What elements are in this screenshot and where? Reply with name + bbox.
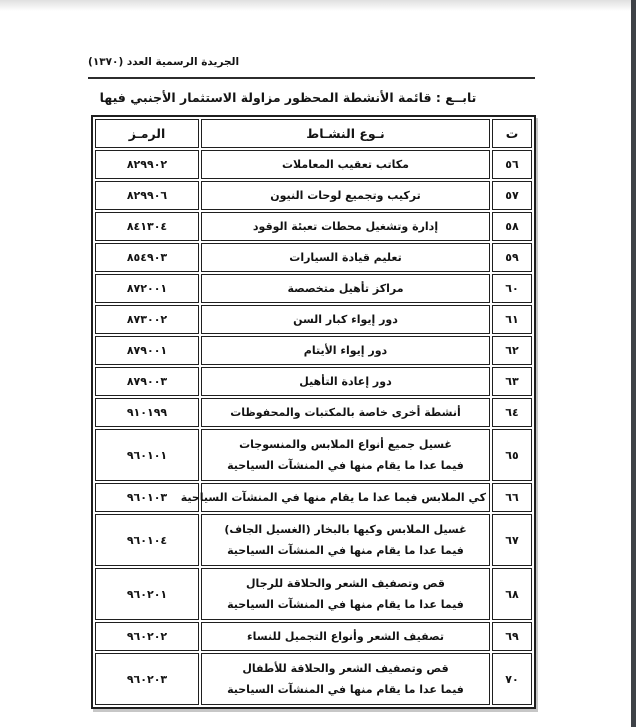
cell-activity: دور إيواء كبار السن [201,305,490,334]
cell-serial: ٥٨ [492,212,532,241]
table-row: ٦٥غسيل جميع أنواع الملابس والمنسوجاتفيما… [95,429,532,481]
cell-activity: مكاتب تعقيب المعاملات [201,150,490,179]
cell-serial: ٦٥ [492,429,532,481]
table-row: ٥٨إدارة وتشغيل محطات تعبئة الوقود٨٤١٣٠٤ [95,212,532,241]
cell-activity: دور إعادة التأهيل [201,367,490,396]
top-shadow-gradient [0,0,636,11]
cell-code: ٩٦٠١٠١ [95,429,199,481]
table-row: ٧٠قص وتصفيف الشعر والحلاقة للأطفالفيما ع… [95,653,532,705]
table-row: ٦٤أنشطة أخرى خاصة بالمكتبات والمحفوظات٩١… [95,398,532,427]
cell-serial: ٥٦ [492,150,532,179]
cell-code: ٨٧٣٠٠٢ [95,305,199,334]
cell-activity: أنشطة أخرى خاصة بالمكتبات والمحفوظات [201,398,490,427]
activity-line: تعليم قيادة السيارات [205,247,486,268]
gazette-header: الجريدة الرسمية العدد (١٣٧٠) [88,56,239,68]
table-row: ٦٩تصفيف الشعر وأنواع التجميل للنساء٩٦٠٢٠… [95,622,532,651]
document-page: الجريدة الرسمية العدد (١٣٧٠) تابــع : قا… [0,0,636,727]
cell-activity: دور إيواء الأيتام [201,336,490,365]
activity-line: غسيل الملابس وكيها بالبخار (الغسيل الجاف… [205,519,486,540]
cell-serial: ٦٦ [492,483,532,512]
cell-serial: ٦٤ [492,398,532,427]
activity-line: قص وتصفيف الشعر والحلاقة للأطفال [205,658,486,679]
table-row: ٥٩تعليم قيادة السيارات٨٥٤٩٠٣ [95,243,532,272]
activity-line: فيما عدا ما يقام منها في المنشآت السياحي… [205,594,486,615]
cell-serial: ٦٩ [492,622,532,651]
cell-serial: ٦١ [492,305,532,334]
table-row: ٦٧غسيل الملابس وكيها بالبخار (الغسيل الج… [95,514,532,566]
cell-activity: قص وتصفيف الشعر والحلاقة للأطفالفيما عدا… [201,653,490,705]
cell-activity: كي الملابس فيما عدا ما يقام منها في المن… [201,483,490,512]
activity-line: أنشطة أخرى خاصة بالمكتبات والمحفوظات [205,402,486,423]
activity-line: تركيب وتجميع لوحات النيون [205,185,486,206]
activity-line: فيما عدا ما يقام منها في المنشآت السياحي… [205,540,486,561]
cell-code: ٨٤١٣٠٤ [95,212,199,241]
cell-serial: ٦٣ [492,367,532,396]
table-row: ٦٦كي الملابس فيما عدا ما يقام منها في ال… [95,483,532,512]
cell-code: ٩١٠١٩٩ [95,398,199,427]
table-header-row: ت نـوع النشـاط الرمـز [95,119,532,148]
activity-line: دور إعادة التأهيل [205,371,486,392]
activity-line: دور إيواء الأيتام [205,340,486,361]
table-row: ٦٨قص وتصفيف الشعر والحلاقة للرجالفيما عد… [95,568,532,620]
table-row: ٦١دور إيواء كبار السن٨٧٣٠٠٢ [95,305,532,334]
cell-code: ٨٢٩٩٠٢ [95,150,199,179]
cell-activity: إدارة وتشغيل محطات تعبئة الوقود [201,212,490,241]
cell-serial: ٧٠ [492,653,532,705]
cell-code: ٨٧٢٠٠١ [95,274,199,303]
cell-activity: مراكز تأهيل متخصصة [201,274,490,303]
table-row: ٥٧تركيب وتجميع لوحات النيون٨٢٩٩٠٦ [95,181,532,210]
table-row: ٦٠مراكز تأهيل متخصصة٨٧٢٠٠١ [95,274,532,303]
activity-line: فيما عدا ما يقام منها في المنشآت السياحي… [205,679,486,700]
activity-line: مكاتب تعقيب المعاملات [205,154,486,175]
prohibited-activities-table: ت نـوع النشـاط الرمـز ٥٦مكاتب تعقيب المع… [91,115,536,709]
column-header-code: الرمـز [95,119,199,148]
cell-code: ٨٥٤٩٠٣ [95,243,199,272]
cell-serial: ٦٨ [492,568,532,620]
cell-activity: تصفيف الشعر وأنواع التجميل للنساء [201,622,490,651]
cell-code: ٨٧٩٠٠٣ [95,367,199,396]
activity-line: دور إيواء كبار السن [205,309,486,330]
cell-code: ٨٢٩٩٠٦ [95,181,199,210]
cell-activity: تعليم قيادة السيارات [201,243,490,272]
table-row: ٦٣دور إعادة التأهيل٨٧٩٠٠٣ [95,367,532,396]
cell-activity: قص وتصفيف الشعر والحلاقة للرجالفيما عدا … [201,568,490,620]
activity-line: قص وتصفيف الشعر والحلاقة للرجال [205,573,486,594]
activity-line: غسيل جميع أنواع الملابس والمنسوجات [205,434,486,455]
cell-serial: ٦٢ [492,336,532,365]
activity-line: تصفيف الشعر وأنواع التجميل للنساء [205,626,486,647]
cell-serial: ٥٧ [492,181,532,210]
cell-activity: غسيل جميع أنواع الملابس والمنسوجاتفيما ع… [201,429,490,481]
cell-activity: تركيب وتجميع لوحات النيون [201,181,490,210]
cell-serial: ٦٠ [492,274,532,303]
table-row: ٥٦مكاتب تعقيب المعاملات٨٢٩٩٠٢ [95,150,532,179]
cell-serial: ٦٧ [492,514,532,566]
cell-activity: غسيل الملابس وكيها بالبخار (الغسيل الجاف… [201,514,490,566]
activity-line: مراكز تأهيل متخصصة [205,278,486,299]
header-divider [88,77,535,79]
cell-code: ٩٦٠٢٠٣ [95,653,199,705]
cell-code: ٨٧٩٠٠١ [95,336,199,365]
cell-serial: ٥٩ [492,243,532,272]
page-title: تابــع : قائمة الأنشطة المحظور مزاولة ال… [88,90,488,105]
viewer-edge-strip [631,0,636,727]
activity-line: إدارة وتشغيل محطات تعبئة الوقود [205,216,486,237]
cell-code: ٩٦٠٢٠١ [95,568,199,620]
column-header-activity: نـوع النشـاط [201,119,490,148]
table-row: ٦٢دور إيواء الأيتام٨٧٩٠٠١ [95,336,532,365]
activities-table-body: ٥٦مكاتب تعقيب المعاملات٨٢٩٩٠٢٥٧تركيب وتج… [95,150,532,705]
activity-line: كي الملابس فيما عدا ما يقام منها في المن… [205,487,486,508]
cell-code: ٩٦٠١٠٤ [95,514,199,566]
column-header-serial: ت [492,119,532,148]
cell-code: ٩٦٠٢٠٢ [95,622,199,651]
activity-line: فيما عدا ما يقام منها في المنشآت السياحي… [205,455,486,476]
